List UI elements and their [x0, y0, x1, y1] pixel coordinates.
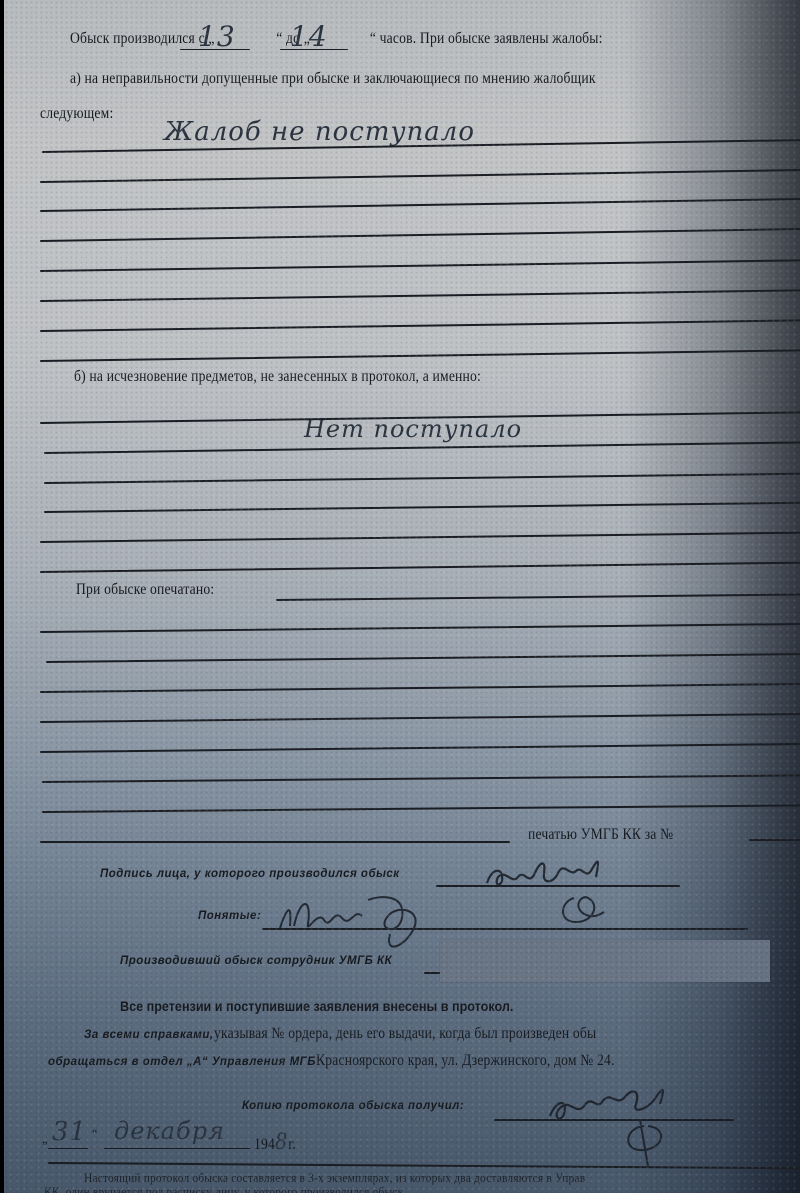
copy-received-label: Копию протокола обыска получил: [242, 1100, 464, 1112]
date-year-prefix: 194 [254, 1136, 275, 1153]
inquiries-italic-prefix-2: обращаться в отдел „А“ Управления МГБ [48, 1056, 316, 1068]
search-time-suffix: “ часов. При обыске заявлены жалобы: [370, 30, 603, 47]
date-month: декабря [114, 1117, 225, 1145]
section-a-handwritten-answer: Жалоб не поступало [164, 117, 475, 147]
date-year-digit: 8 [275, 1130, 288, 1155]
search-time-line: Обыск производился с „“ до „“ часов. При… [70, 30, 603, 48]
ruled-line [40, 623, 800, 633]
footer-line-2: КК, один вручается под расписку лицу, у … [44, 1184, 413, 1193]
ruled-line [40, 198, 800, 212]
witness-signature-2 [554, 888, 614, 928]
ruled-line [40, 349, 800, 362]
ruled-line [40, 743, 800, 753]
ruled-line [46, 653, 800, 663]
copy-received-signature [544, 1080, 694, 1170]
date-day-line [48, 1148, 88, 1149]
officer-signature-line [424, 972, 440, 974]
date-year-suffix: г. [288, 1136, 296, 1153]
ruled-line [44, 441, 800, 454]
ruled-line [44, 473, 800, 484]
inquiries-line-2: обращаться в отдел „А“ Управления МГБ Кр… [48, 1052, 655, 1070]
witnesses-label: Понятые: [198, 910, 261, 922]
ruled-line [40, 841, 510, 843]
date-open-quote: „ [42, 1132, 48, 1148]
from-hour-value: 13 [198, 20, 236, 53]
date-close-quote: “ [92, 1127, 98, 1143]
seal-text: печатью УМГБ КК за № [528, 826, 673, 844]
ruled-line [40, 289, 800, 302]
date-month-line [104, 1148, 250, 1149]
ruled-line [40, 532, 800, 543]
ruled-line [40, 259, 800, 272]
inquiries-text-2: Красноярского края, ул. Дзержинского, до… [316, 1052, 615, 1070]
section-b-label: б) на исчезновение предметов, не занесен… [74, 368, 481, 386]
section-a-label-cont: следующем: [40, 105, 113, 123]
ruled-line [40, 228, 800, 242]
search-time-prefix: Обыск производился с „ [70, 30, 215, 47]
section-a-label: а) на неправильности допущенные при обыс… [70, 70, 596, 88]
sealed-label: При обыске опечатано: [76, 581, 214, 599]
date-day: 31 [52, 1117, 87, 1147]
ruled-line [40, 562, 800, 573]
to-hour-value: 14 [290, 20, 328, 53]
redaction-box [440, 940, 770, 982]
statement-text: Все претензии и поступившие заявления вн… [120, 998, 513, 1014]
ruled-line [42, 774, 800, 783]
ruled-line [40, 169, 800, 183]
inquiries-text-1: указывая № ордера, день его выдачи, когд… [214, 1025, 596, 1043]
scanned-document-page: Обыск производился с „“ до „“ часов. При… [4, 0, 800, 1193]
date-year: 1948г. [254, 1130, 296, 1155]
ruled-line [44, 502, 800, 513]
ruled-line [42, 804, 800, 813]
ruled-line [40, 683, 800, 693]
person-searched-label: Подпись лица, у которого производился об… [100, 868, 400, 880]
inquiries-line-1: За всеми справками, указывая № ордера, д… [84, 1025, 648, 1043]
sealed-line [276, 593, 800, 601]
inquiries-italic-prefix: За всеми справками, [84, 1029, 214, 1041]
ruled-line [40, 319, 800, 332]
ruled-line [40, 713, 800, 723]
seal-number-line [749, 839, 800, 841]
officer-label: Производивший обыск сотрудник УМГБ КК [120, 955, 392, 967]
